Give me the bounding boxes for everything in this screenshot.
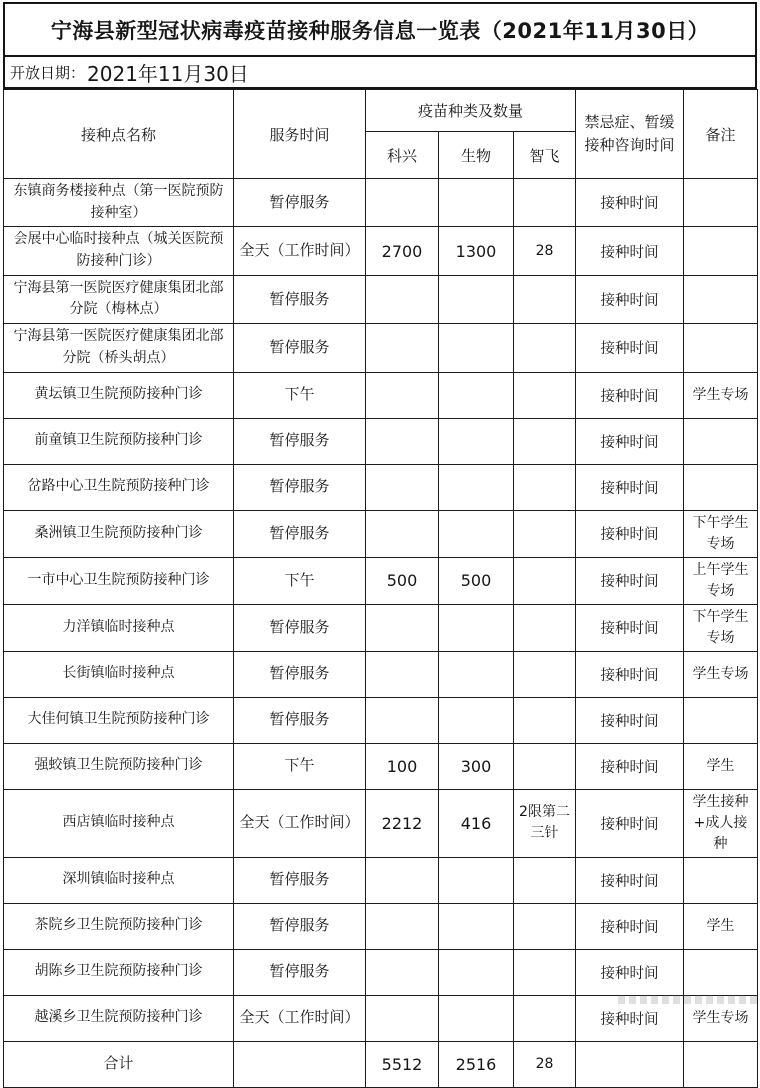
remark-cell <box>684 324 758 372</box>
site-cell: 胡陈乡卫生院预防接种门诊 <box>4 949 234 995</box>
kexing-count-cell: 2212 <box>366 789 439 857</box>
zhifei-count-cell <box>514 418 576 464</box>
remark-cell: 学生专场 <box>684 651 758 697</box>
table-row: 力洋镇临时接种点暂停服务接种时间下午学生专场 <box>4 604 758 651</box>
remark-cell <box>684 949 758 995</box>
site-cell: 深圳镇临时接种点 <box>4 857 234 903</box>
zhifei-count-cell <box>514 275 576 323</box>
site-cell: 越溪乡卫生院预防接种门诊 <box>4 995 234 1041</box>
zhifei-count-cell <box>514 604 576 651</box>
site-cell: 长街镇临时接种点 <box>4 651 234 697</box>
consult-time-cell: 接种时间 <box>576 227 684 275</box>
table-row: 宁海县第一医院医疗健康集团北部分院（桥头胡点）暂停服务接种时间 <box>4 324 758 372</box>
kexing-count-cell <box>366 995 439 1041</box>
header-vaccine-kexing: 科兴 <box>366 132 439 179</box>
zhifei-count-cell: 2限第二三针 <box>514 789 576 857</box>
kexing-count-cell <box>366 949 439 995</box>
shengwu-count-cell: 416 <box>439 789 514 857</box>
remark-cell <box>684 179 758 227</box>
zhifei-count-cell <box>514 903 576 949</box>
service-time-cell: 下午 <box>234 743 366 789</box>
site-cell: 大佳何镇卫生院预防接种门诊 <box>4 697 234 743</box>
shengwu-count-cell <box>439 995 514 1041</box>
site-cell: 合计 <box>4 1041 234 1087</box>
sheet-title-box: 宁海县新型冠状病毒疫苗接种服务信息一览表（2021年11月30日） <box>3 2 757 57</box>
consult-time-cell: 接种时间 <box>576 510 684 557</box>
zhifei-count-cell <box>514 324 576 372</box>
shengwu-count-cell <box>439 324 514 372</box>
zhifei-count-cell <box>514 464 576 510</box>
table-body: 东镇商务楼接种点（第一医院预防接种室）暂停服务接种时间会展中心临时接种点（城关医… <box>4 179 758 1088</box>
vaccine-service-table: 接种点名称 服务时间 疫苗种类及数量 禁忌症、暂缓接种咨询时间 备注 科兴 生物… <box>3 89 758 1088</box>
kexing-count-cell: 5512 <box>366 1041 439 1087</box>
consult-time-cell: 接种时间 <box>576 372 684 418</box>
remark-cell: 学生 <box>684 903 758 949</box>
table-row: 桑洲镇卫生院预防接种门诊暂停服务接种时间下午学生专场 <box>4 510 758 557</box>
service-time-cell: 暂停服务 <box>234 651 366 697</box>
remark-cell <box>684 227 758 275</box>
remark-cell <box>684 1041 758 1087</box>
service-time-cell: 暂停服务 <box>234 324 366 372</box>
consult-time-cell: 接种时间 <box>576 418 684 464</box>
site-cell: 岔路中心卫生院预防接种门诊 <box>4 464 234 510</box>
service-time-cell: 暂停服务 <box>234 903 366 949</box>
kexing-count-cell <box>366 324 439 372</box>
service-time-cell: 下午 <box>234 372 366 418</box>
kexing-count-cell <box>366 464 439 510</box>
consult-time-cell: 接种时间 <box>576 995 684 1041</box>
zhifei-count-cell <box>514 179 576 227</box>
remark-cell <box>684 275 758 323</box>
remark-cell <box>684 697 758 743</box>
site-cell: 一市中心卫生院预防接种门诊 <box>4 557 234 604</box>
zhifei-count-cell <box>514 557 576 604</box>
service-time-cell: 暂停服务 <box>234 275 366 323</box>
table-row: 越溪乡卫生院预防接种门诊全天（工作时间）接种时间学生专场 <box>4 995 758 1041</box>
site-cell: 会展中心临时接种点（城关医院预防接种门诊） <box>4 227 234 275</box>
site-cell: 强蛟镇卫生院预防接种门诊 <box>4 743 234 789</box>
service-time-cell: 全天（工作时间） <box>234 789 366 857</box>
table-row: 茶院乡卫生院预防接种门诊暂停服务接种时间学生 <box>4 903 758 949</box>
shengwu-count-cell <box>439 464 514 510</box>
header-site: 接种点名称 <box>4 90 234 179</box>
kexing-count-cell <box>366 510 439 557</box>
table-row: 岔路中心卫生院预防接种门诊暂停服务接种时间 <box>4 464 758 510</box>
site-cell: 东镇商务楼接种点（第一医院预防接种室） <box>4 179 234 227</box>
table-row: 深圳镇临时接种点暂停服务接种时间 <box>4 857 758 903</box>
kexing-count-cell: 100 <box>366 743 439 789</box>
consult-time-cell: 接种时间 <box>576 604 684 651</box>
kexing-count-cell <box>366 275 439 323</box>
consult-time-cell <box>576 1041 684 1087</box>
open-date-label: 开放日期： <box>10 62 85 83</box>
table-row: 强蛟镇卫生院预防接种门诊下午100300接种时间学生 <box>4 743 758 789</box>
consult-time-cell: 接种时间 <box>576 179 684 227</box>
zhifei-count-cell <box>514 697 576 743</box>
remark-cell: 学生专场 <box>684 995 758 1041</box>
zhifei-count-cell: 28 <box>514 227 576 275</box>
header-vaccine-group: 疫苗种类及数量 <box>366 90 576 132</box>
service-time-cell: 暂停服务 <box>234 418 366 464</box>
zhifei-count-cell <box>514 949 576 995</box>
shengwu-count-cell <box>439 903 514 949</box>
remark-cell: 学生 <box>684 743 758 789</box>
zhifei-count-cell <box>514 372 576 418</box>
zhifei-count-cell <box>514 510 576 557</box>
consult-time-cell: 接种时间 <box>576 697 684 743</box>
shengwu-count-cell <box>439 510 514 557</box>
consult-time-cell: 接种时间 <box>576 743 684 789</box>
table-row: 东镇商务楼接种点（第一医院预防接种室）暂停服务接种时间 <box>4 179 758 227</box>
header-vaccine-zhifei: 智飞 <box>514 132 576 179</box>
service-time-cell: 全天（工作时间） <box>234 995 366 1041</box>
table-row: 大佳何镇卫生院预防接种门诊暂停服务接种时间 <box>4 697 758 743</box>
table-row: 宁海县第一医院医疗健康集团北部分院（梅林点）暂停服务接种时间 <box>4 275 758 323</box>
kexing-count-cell <box>366 604 439 651</box>
shengwu-count-cell <box>439 949 514 995</box>
remark-cell: 学生专场 <box>684 372 758 418</box>
service-time-cell: 暂停服务 <box>234 697 366 743</box>
kexing-count-cell: 500 <box>366 557 439 604</box>
site-cell: 前童镇卫生院预防接种门诊 <box>4 418 234 464</box>
service-time-cell: 暂停服务 <box>234 510 366 557</box>
table-row: 西店镇临时接种点全天（工作时间）22124162限第二三针接种时间学生接种+成人… <box>4 789 758 857</box>
shengwu-count-cell <box>439 604 514 651</box>
vaccine-info-sheet: 宁海县新型冠状病毒疫苗接种服务信息一览表（2021年11月30日） 开放日期： … <box>3 2 757 1088</box>
header-service-time: 服务时间 <box>234 90 366 179</box>
consult-time-cell: 接种时间 <box>576 464 684 510</box>
consult-time-cell: 接种时间 <box>576 651 684 697</box>
service-time-cell: 暂停服务 <box>234 949 366 995</box>
site-cell: 西店镇临时接种点 <box>4 789 234 857</box>
table-header: 接种点名称 服务时间 疫苗种类及数量 禁忌症、暂缓接种咨询时间 备注 科兴 生物… <box>4 90 758 179</box>
remark-cell: 下午学生专场 <box>684 510 758 557</box>
open-date-row: 开放日期： 2021年11月30日 <box>3 57 757 89</box>
site-cell: 黄坛镇卫生院预防接种门诊 <box>4 372 234 418</box>
remark-cell <box>684 418 758 464</box>
service-time-cell: 下午 <box>234 557 366 604</box>
site-cell: 宁海县第一医院医疗健康集团北部分院（桥头胡点） <box>4 324 234 372</box>
shengwu-count-cell <box>439 651 514 697</box>
kexing-count-cell <box>366 697 439 743</box>
shengwu-count-cell <box>439 179 514 227</box>
table-row: 胡陈乡卫生院预防接种门诊暂停服务接种时间 <box>4 949 758 995</box>
consult-time-cell: 接种时间 <box>576 324 684 372</box>
consult-time-cell: 接种时间 <box>576 949 684 995</box>
zhifei-count-cell: 28 <box>514 1041 576 1087</box>
shengwu-count-cell <box>439 857 514 903</box>
remark-cell <box>684 857 758 903</box>
site-cell: 力洋镇临时接种点 <box>4 604 234 651</box>
consult-time-cell: 接种时间 <box>576 789 684 857</box>
kexing-count-cell <box>366 857 439 903</box>
consult-time-cell: 接种时间 <box>576 857 684 903</box>
kexing-count-cell <box>366 418 439 464</box>
total-row: 合计5512251628 <box>4 1041 758 1087</box>
remark-cell: 上午学生专场 <box>684 557 758 604</box>
remark-cell: 学生接种+成人接种 <box>684 789 758 857</box>
zhifei-count-cell <box>514 743 576 789</box>
remark-cell: 下午学生专场 <box>684 604 758 651</box>
table-row: 一市中心卫生院预防接种门诊下午500500接种时间上午学生专场 <box>4 557 758 604</box>
kexing-count-cell: 2700 <box>366 227 439 275</box>
table-row: 会展中心临时接种点（城关医院预防接种门诊）全天（工作时间）2700130028接… <box>4 227 758 275</box>
page-title: 宁海县新型冠状病毒疫苗接种服务信息一览表（2021年11月30日） <box>51 15 709 45</box>
service-time-cell <box>234 1041 366 1087</box>
shengwu-count-cell <box>439 697 514 743</box>
header-vaccine-shengwu: 生物 <box>439 132 514 179</box>
table-row: 黄坛镇卫生院预防接种门诊下午接种时间学生专场 <box>4 372 758 418</box>
service-time-cell: 暂停服务 <box>234 179 366 227</box>
shengwu-count-cell: 2516 <box>439 1041 514 1087</box>
service-time-cell: 暂停服务 <box>234 857 366 903</box>
consult-time-cell: 接种时间 <box>576 275 684 323</box>
zhifei-count-cell <box>514 857 576 903</box>
shengwu-count-cell: 300 <box>439 743 514 789</box>
zhifei-count-cell <box>514 651 576 697</box>
shengwu-count-cell <box>439 372 514 418</box>
kexing-count-cell <box>366 903 439 949</box>
table-row: 长街镇临时接种点暂停服务接种时间学生专场 <box>4 651 758 697</box>
shengwu-count-cell <box>439 418 514 464</box>
zhifei-count-cell <box>514 995 576 1041</box>
header-consult: 禁忌症、暂缓接种咨询时间 <box>576 90 684 179</box>
shengwu-count-cell <box>439 275 514 323</box>
kexing-count-cell <box>366 651 439 697</box>
site-cell: 宁海县第一医院医疗健康集团北部分院（梅林点） <box>4 275 234 323</box>
header-row-top: 接种点名称 服务时间 疫苗种类及数量 禁忌症、暂缓接种咨询时间 备注 <box>4 90 758 132</box>
shengwu-count-cell: 1300 <box>439 227 514 275</box>
kexing-count-cell <box>366 372 439 418</box>
service-time-cell: 暂停服务 <box>234 604 366 651</box>
consult-time-cell: 接种时间 <box>576 903 684 949</box>
site-cell: 桑洲镇卫生院预防接种门诊 <box>4 510 234 557</box>
table-row: 前童镇卫生院预防接种门诊暂停服务接种时间 <box>4 418 758 464</box>
service-time-cell: 暂停服务 <box>234 464 366 510</box>
remark-cell <box>684 464 758 510</box>
shengwu-count-cell: 500 <box>439 557 514 604</box>
consult-time-cell: 接种时间 <box>576 557 684 604</box>
site-cell: 茶院乡卫生院预防接种门诊 <box>4 903 234 949</box>
header-remark: 备注 <box>684 90 758 179</box>
kexing-count-cell <box>366 179 439 227</box>
open-date-value: 2021年11月30日 <box>87 58 249 87</box>
service-time-cell: 全天（工作时间） <box>234 227 366 275</box>
